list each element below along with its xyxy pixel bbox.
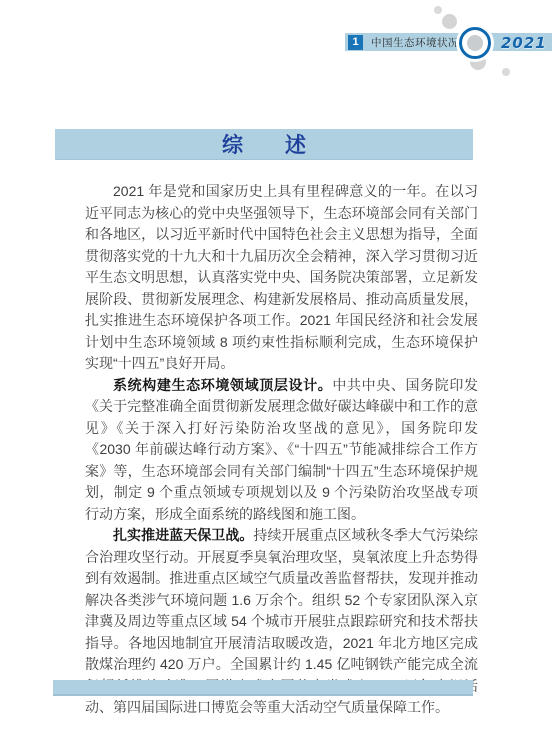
chapter-number-badge: 1 <box>348 35 363 50</box>
section-title-char: 综 <box>222 129 243 159</box>
paragraph-lead: 系统构建生态环境领域顶层设计。 <box>113 377 332 393</box>
bottom-bar <box>53 680 473 696</box>
paragraph-body: 中共中央、国务院印发《关于完整准确全面贯彻新发展理念做好碳达峰碳中和工作的意见》… <box>85 377 478 522</box>
donut-inner-dot <box>467 35 483 51</box>
body-text: 2021 年是党和国家历史上具有里程碑意义的一年。在以习近平同志为核心的党中央坚… <box>85 181 478 719</box>
section-title-banner: 综 述 <box>55 129 473 160</box>
decorative-circle <box>442 14 457 29</box>
paragraph-body: 2021 年是党和国家历史上具有里程碑意义的一年。在以习近平同志为核心的党中央坚… <box>85 183 478 371</box>
paragraph-top-level-design: 系统构建生态环境领域顶层设计。中共中央、国务院印发《关于完整准确全面贯彻新发展理… <box>85 375 478 526</box>
paragraph-lead: 扎实推进蓝天保卫战。 <box>113 527 253 543</box>
paragraph-overview: 2021 年是党和国家历史上具有里程碑意义的一年。在以习近平同志为核心的党中央坚… <box>85 181 478 375</box>
header-year: 2021 <box>501 34 547 52</box>
donut-circle-icon <box>459 27 491 59</box>
decorative-circle <box>434 6 442 14</box>
decorative-circle <box>502 68 510 76</box>
bulletin-page: 1 中国生态环境状况公报 2021 综 述 2021 年是党和国家历史上具有里程… <box>0 0 552 737</box>
section-title-char: 述 <box>285 129 306 159</box>
